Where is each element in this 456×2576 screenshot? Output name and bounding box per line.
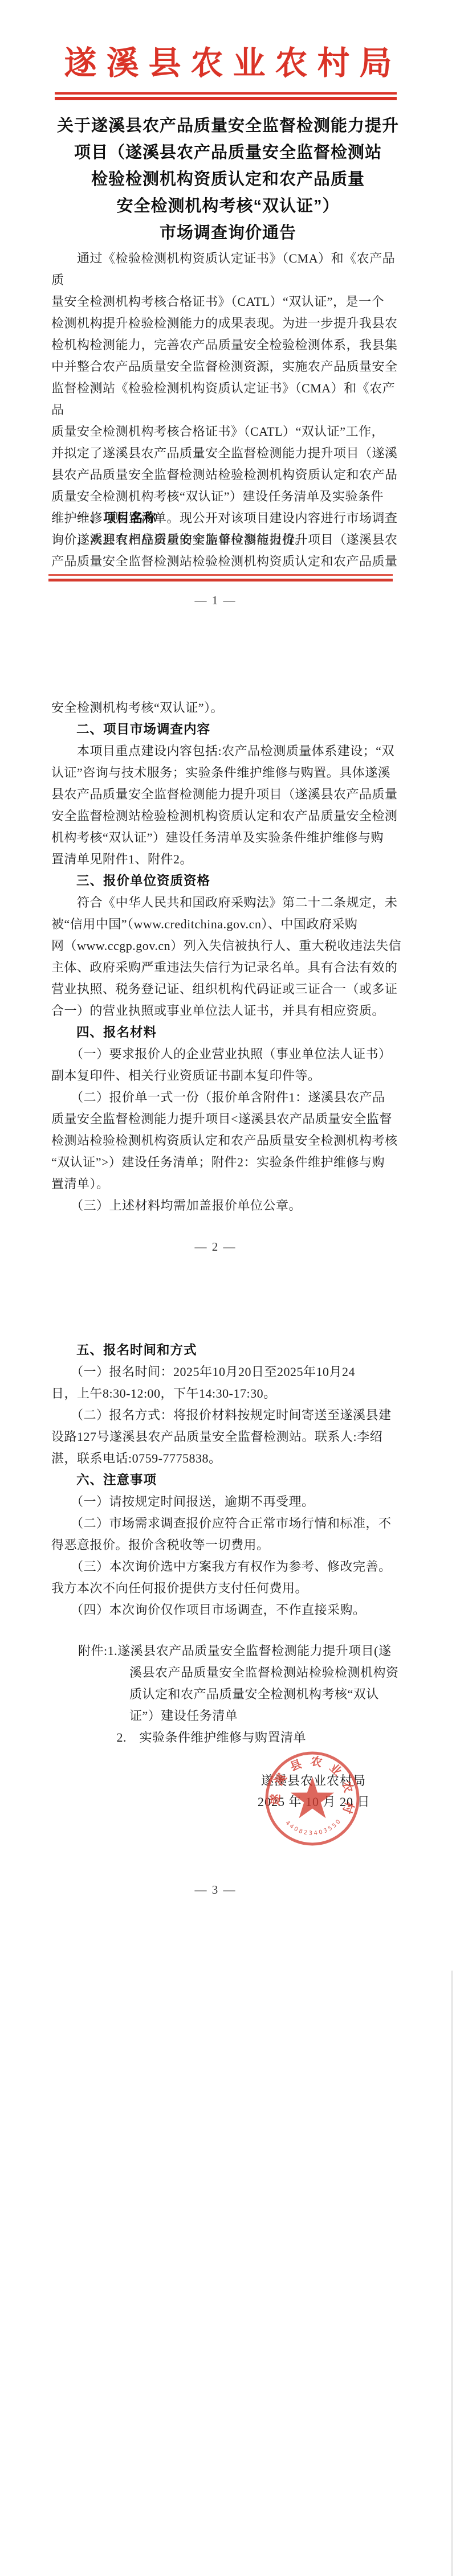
scan-edge-artifact: [451, 1971, 453, 2576]
scanned-official-document: { "colors": { "accent_red": "#da3327", "…: [0, 0, 456, 2576]
page-number-1: — 1 —: [0, 593, 431, 607]
attachments-list: 附件:1.遂溪县农产品质量安全监督检测能力提升项目(遂 溪县农产品质量安全监督检…: [78, 1640, 420, 1748]
section-heading-registration-time: 五、报名时间和方式: [76, 1340, 197, 1361]
page1-paragraph-project-name: 遂溪县农产品质量安全监督检测能力提升项目（遂溪县农 产品质量安全监督检测站检验检…: [51, 529, 407, 572]
svg-text:遂溪县农业农村局: 遂溪县农业农村局: [261, 1747, 357, 1823]
official-seal-graphic: 遂溪县农业农村局 4408234035506: [261, 1747, 364, 1850]
section-heading-survey-content: 二、项目市场调查内容: [76, 719, 210, 740]
seal-org-text: 遂溪县农业农村局: [261, 1747, 357, 1823]
page1-footer-line-bottom: [48, 579, 393, 581]
page3-paragraph-registration: （一）报名时间：2025年10月20日至2025年10月24 日，上午8:30-…: [51, 1361, 407, 1469]
page1-paragraph-intro: 通过《检验检测机构资质认定证书》（CMA）和《农产品质 量安全检测机构考核合格证…: [51, 248, 407, 551]
seal-star-icon: [291, 1777, 334, 1818]
official-seal: 遂溪县农业农村局 4408234035506: [261, 1747, 364, 1850]
page3-paragraph-notes: （一）请按规定时间报送，逾期不再受理。 （二）市场需求调查报价应符合正常市场行情…: [51, 1491, 407, 1621]
section-heading-project-name: 一、项目名称: [76, 507, 157, 529]
page2-paragraph-survey-content: 本项目重点建设内容包括:农产品检测质量体系建设；“双 认证”咨询与技术服务；实验…: [51, 740, 407, 870]
section-heading-notes: 六、注意事项: [76, 1469, 157, 1491]
page2-paragraph-application-materials: （一）要求报价人的企业营业执照（事业单位法人证书） 副本复印件、相关行业资质证书…: [51, 1043, 407, 1217]
page-number-2: — 2 —: [0, 1240, 431, 1254]
section-heading-qualifications: 三、报价单位资质资格: [76, 870, 210, 892]
page2-continuation-line: 安全检测机构考核“双认证”）。: [51, 697, 407, 719]
section-heading-application-materials: 四、报名材料: [76, 1022, 157, 1043]
document-title: 关于遂溪县农产品质量安全监督检测能力提升 项目（遂溪县农产品质量安全监督检测站 …: [0, 113, 456, 247]
page-number-3: — 3 —: [0, 1883, 431, 1897]
page2-paragraph-qualifications: 符合《中华人民共和国政府采购法》第二十二条规定，未 被“信用中国”（www.cr…: [51, 892, 407, 1022]
letterhead-divider-line-top: [55, 92, 397, 95]
agency-letterhead: 遂溪县农业农村局: [0, 46, 456, 82]
letterhead-divider-line-bottom: [55, 97, 397, 100]
page1-footer-line-top: [48, 574, 393, 576]
